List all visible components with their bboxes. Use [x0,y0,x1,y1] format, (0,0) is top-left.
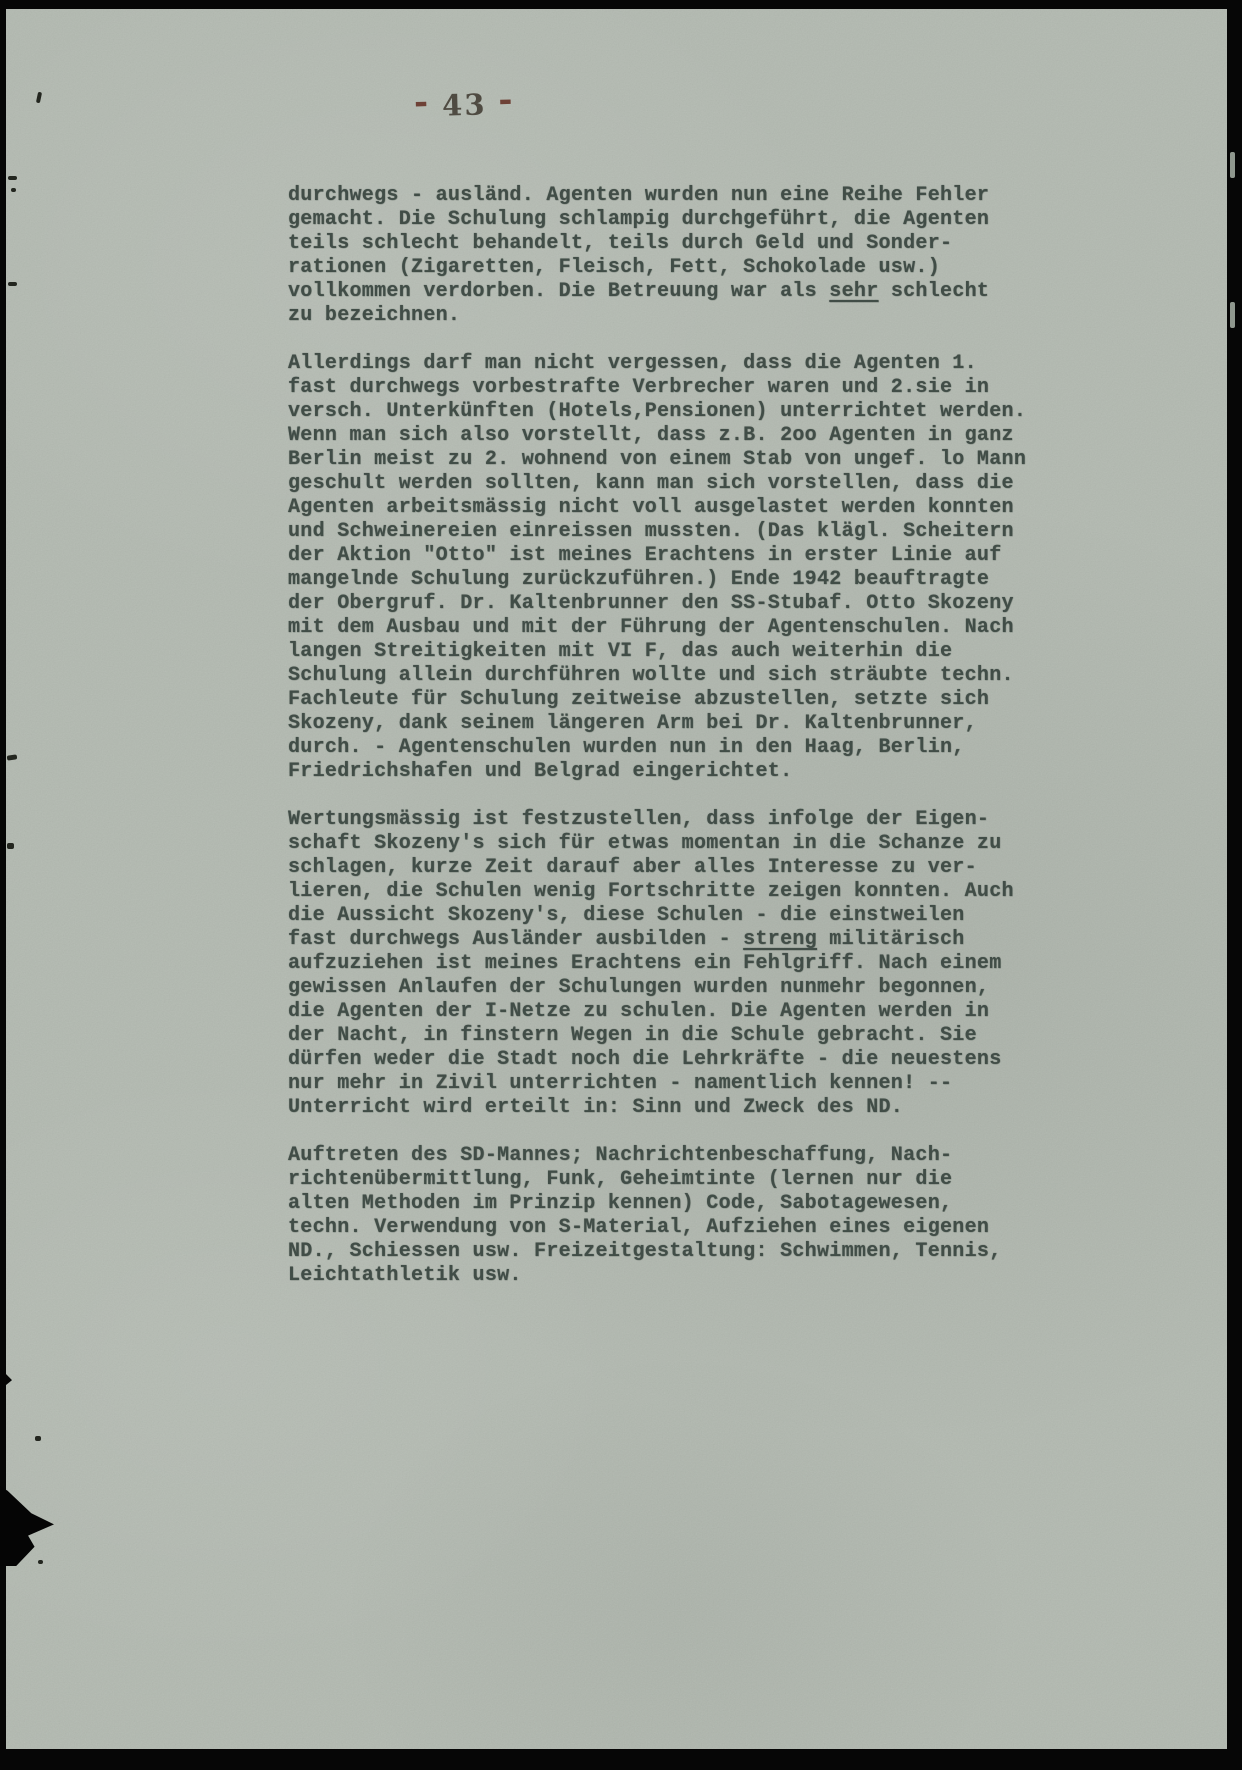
text-segment: Auftreten des SD-Mannes; Nachrichtenbesc… [288,1144,952,1167]
text-segment: Friedrichshafen und Belgrad eingerichtet… [288,760,792,783]
page-number-left-dash: - [413,82,430,122]
text-segment: rationen (Zigaretten, Fleisch, Fett, Sch… [288,256,940,279]
text-segment: vollkommen verdorben. Die Betreuung war … [288,280,829,303]
ink-speck [38,1560,43,1564]
text-segment: Fachleute für Schulung zeitweise abzuste… [288,688,989,711]
text-segment: Allerdings darf man nicht vergessen, das… [288,352,977,375]
text-line: der Aktion "Otto" ist meines Erachtens i… [288,544,1068,568]
text-segment: ND., Schiessen usw. Freizeitgestaltung: … [288,1240,1002,1263]
text-line: lieren, die Schulen wenig Fortschritte z… [288,880,1068,904]
text-line: ND., Schiessen usw. Freizeitgestaltung: … [288,1240,1068,1264]
underlined-word: streng [743,928,817,951]
text-segment: zu bezeichnen. [288,304,460,327]
text-line: Agenten arbeitsmässig nicht voll ausgela… [288,496,1068,520]
text-line: und Schweinereien einreissen mussten. (D… [288,520,1068,544]
text-segment: die Agenten der I-Netze zu schulen. Die … [288,1000,989,1023]
text-line: der Obergruf. Dr. Kaltenbrunner den SS-S… [288,592,1068,616]
text-line: Auftreten des SD-Mannes; Nachrichtenbesc… [288,1144,1068,1168]
ink-speck [7,843,14,849]
text-segment: Wertungsmässig ist festzustellen, dass i… [288,808,989,831]
text-segment: der Obergruf. Dr. Kaltenbrunner den SS-S… [288,592,1014,615]
text-line: Friedrichshafen und Belgrad eingerichtet… [288,760,1068,784]
text-line: schlagen, kurze Zeit darauf aber alles I… [288,856,1068,880]
paragraph: Wertungsmässig ist festzustellen, dass i… [288,808,1068,1120]
text-segment: die Aussicht Skozeny's, diese Schulen - … [288,904,965,927]
text-segment: Unterricht wird erteilt in: Sinn und Zwe… [288,1096,903,1119]
ink-speck [11,188,16,192]
text-segment: techn. Verwendung von S-Material, Aufzie… [288,1216,989,1239]
ink-speck [35,1436,41,1441]
text-segment: der Nacht, in finstern Wegen in die Schu… [288,1024,977,1047]
text-segment: mangelnde Schulung zurückzuführen.) Ende… [288,568,989,591]
scan-edge-mark [1230,302,1235,328]
scan-edge-mark [1230,152,1235,178]
scanned-document-page: { "page": { "number": "43", "number_pref… [0,0,1242,1770]
ink-speck [8,176,17,180]
text-line: techn. Verwendung von S-Material, Aufzie… [288,1216,1068,1240]
text-line: fast durchwegs vorbestrafte Verbrecher w… [288,376,1068,400]
text-line: durch. - Agentenschulen wurden nun in de… [288,736,1068,760]
text-segment: langen Streitigkeiten mit VI F, das auch… [288,640,952,663]
text-segment: der Aktion "Otto" ist meines Erachtens i… [288,544,1002,567]
text-line: fast durchwegs Ausländer ausbilden - str… [288,928,1068,952]
text-line: zu bezeichnen. [288,304,1068,328]
text-line: langen Streitigkeiten mit VI F, das auch… [288,640,1068,664]
text-line: Schulung allein durchführen wollte und s… [288,664,1068,688]
text-line: Berlin meist zu 2. wohnend von einem Sta… [288,448,1068,472]
text-line: nur mehr in Zivil unterrichten - namentl… [288,1072,1068,1096]
text-line: Fachleute für Schulung zeitweise abzuste… [288,688,1068,712]
text-line: der Nacht, in finstern Wegen in die Schu… [288,1024,1068,1048]
text-segment: gewissen Anlaufen der Schulungen wurden … [288,976,989,999]
text-line: Skozeny, dank seinem längeren Arm bei Dr… [288,712,1068,736]
text-segment: dürfen weder die Stadt noch die Lehrkräf… [288,1048,1002,1071]
text-segment: lieren, die Schulen wenig Fortschritte z… [288,880,1014,903]
text-line: alten Methoden im Prinzip kennen) Code, … [288,1192,1068,1216]
text-line: durchwegs - ausländ. Agenten wurden nun … [288,184,1068,208]
text-line: gewissen Anlaufen der Schulungen wurden … [288,976,1068,1000]
text-line: mangelnde Schulung zurückzuführen.) Ende… [288,568,1068,592]
page-number-right-dash: - [498,80,515,120]
text-line: gemacht. Die Schulung schlampig durchgef… [288,208,1068,232]
text-segment: richtenübermittlung, Funk, Geheimtinte (… [288,1168,952,1191]
text-segment: geschult werden sollten, kann man sich v… [288,472,1014,495]
document-text: durchwegs - ausländ. Agenten wurden nun … [288,184,1068,1312]
text-segment: fast durchwegs Ausländer ausbilden - [288,928,743,951]
text-line: geschult werden sollten, kann man sich v… [288,472,1068,496]
page-number-value: 43 [442,87,487,122]
paragraph: durchwegs - ausländ. Agenten wurden nun … [288,184,1068,328]
text-line: die Aussicht Skozeny's, diese Schulen - … [288,904,1068,928]
text-segment: militärisch [817,928,965,951]
text-line: Unterricht wird erteilt in: Sinn und Zwe… [288,1096,1068,1120]
text-segment: Wenn man sich also vorstellt, dass z.B. … [288,424,1014,447]
underlined-word: sehr [829,280,878,303]
paragraph: Allerdings darf man nicht vergessen, das… [288,352,1068,784]
ink-speck [8,282,17,286]
text-segment: alten Methoden im Prinzip kennen) Code, … [288,1192,952,1215]
text-line: rationen (Zigaretten, Fleisch, Fett, Sch… [288,256,1068,280]
text-line: aufzuziehen ist meines Erachtens ein Feh… [288,952,1068,976]
text-segment: versch. Unterkünften (Hotels,Pensionen) … [288,400,1026,423]
text-line: Wertungsmässig ist festzustellen, dass i… [288,808,1068,832]
text-segment: durchwegs - ausländ. Agenten wurden nun … [288,184,989,207]
text-segment: nur mehr in Zivil unterrichten - namentl… [288,1072,952,1095]
text-line: Leichtathletik usw. [288,1264,1068,1288]
text-line: versch. Unterkünften (Hotels,Pensionen) … [288,400,1068,424]
text-segment: schlagen, kurze Zeit darauf aber alles I… [288,856,977,879]
text-segment: mit dem Ausbau und mit der Führung der A… [288,616,1014,639]
text-segment: schlecht [879,280,990,303]
text-segment: und Schweinereien einreissen mussten. (D… [288,520,1014,543]
text-segment: schaft Skozeny's sich für etwas momentan… [288,832,1002,855]
text-line: dürfen weder die Stadt noch die Lehrkräf… [288,1048,1068,1072]
paragraph: Auftreten des SD-Mannes; Nachrichtenbesc… [288,1144,1068,1288]
text-line: schaft Skozeny's sich für etwas momentan… [288,832,1068,856]
text-line: teils schlecht behandelt, teils durch Ge… [288,232,1068,256]
text-segment: Schulung allein durchführen wollte und s… [288,664,1014,687]
text-segment: Berlin meist zu 2. wohnend von einem Sta… [288,448,1026,471]
text-segment: durch. - Agentenschulen wurden nun in de… [288,736,965,759]
text-segment: aufzuziehen ist meines Erachtens ein Feh… [288,952,1002,975]
text-line: mit dem Ausbau und mit der Führung der A… [288,616,1068,640]
text-line: richtenübermittlung, Funk, Geheimtinte (… [288,1168,1068,1192]
text-segment: Agenten arbeitsmässig nicht voll ausgela… [288,496,1014,519]
text-segment: Skozeny, dank seinem längeren Arm bei Dr… [288,712,977,735]
text-line: vollkommen verdorben. Die Betreuung war … [288,280,1068,304]
text-line: Wenn man sich also vorstellt, dass z.B. … [288,424,1068,448]
page-number: -43- [413,83,515,126]
text-segment: teils schlecht behandelt, teils durch Ge… [288,232,952,255]
text-segment: Leichtathletik usw. [288,1264,522,1287]
text-segment: gemacht. Die Schulung schlampig durchgef… [288,208,989,231]
text-line: die Agenten der I-Netze zu schulen. Die … [288,1000,1068,1024]
text-segment: fast durchwegs vorbestrafte Verbrecher w… [288,376,989,399]
text-line: Allerdings darf man nicht vergessen, das… [288,352,1068,376]
